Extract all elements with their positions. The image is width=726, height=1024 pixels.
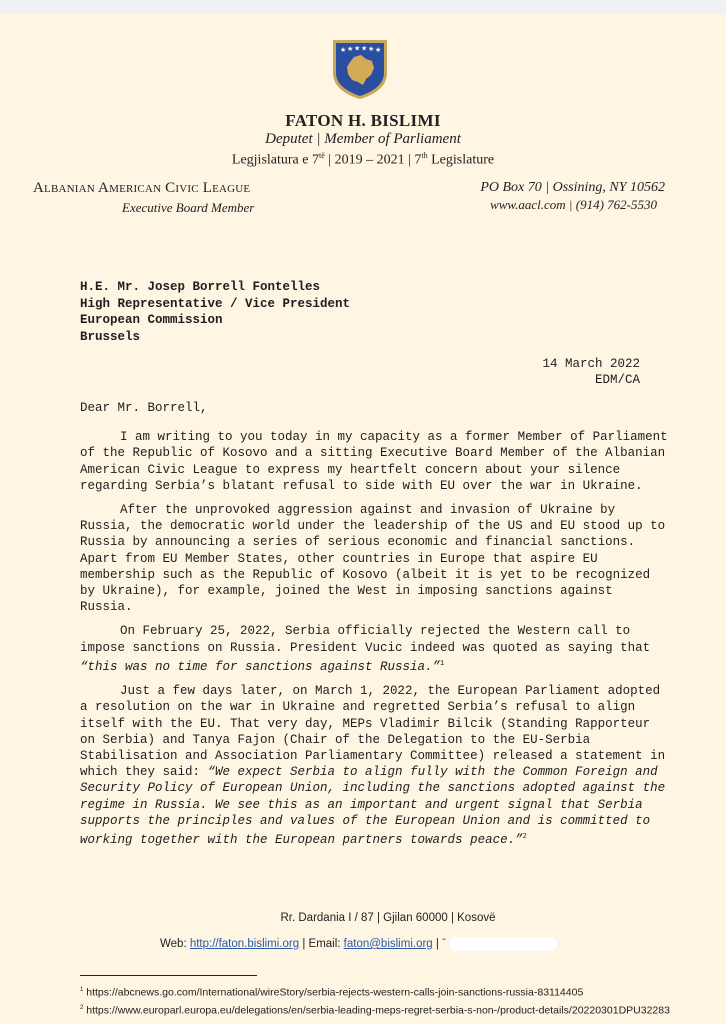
recipient-block: H.E. Mr. Josep Borrell Fontelles High Re… bbox=[80, 279, 350, 345]
svg-text:★: ★ bbox=[361, 45, 367, 53]
email-link[interactable]: faton@bislimi.org bbox=[344, 938, 433, 950]
organization-name: Albanian American Civic League bbox=[33, 180, 250, 197]
organization-contact: www.aacl.com | (914) 762-5530 bbox=[490, 197, 657, 213]
letter-reference: EDM/CA bbox=[542, 372, 640, 388]
footnote-ref-2[interactable]: 2 bbox=[523, 833, 527, 841]
footnote-1-url[interactable]: https://abcnews.go.com/International/wir… bbox=[83, 987, 583, 999]
footnotes: 1 https://abcnews.go.com/International/w… bbox=[80, 983, 680, 1018]
organization-address: PO Box 70 | Ossining, NY 10562 bbox=[480, 180, 665, 196]
footnote-divider bbox=[80, 975, 257, 976]
website-link[interactable]: http://faton.bislimi.org bbox=[190, 938, 299, 950]
sender-name: FATON H. BISLIMI bbox=[0, 111, 726, 131]
svg-text:★: ★ bbox=[375, 46, 381, 54]
recipient-institution: European Commission bbox=[80, 312, 350, 329]
kosovo-coat-of-arms-icon: ★ ★ ★ ★ ★ ★ bbox=[330, 37, 390, 101]
svg-text:★: ★ bbox=[340, 46, 346, 54]
legislature-line: Legjislatura e 7të | 2019 – 2021 | 7th L… bbox=[0, 151, 726, 169]
letter-date: 14 March 2022 bbox=[542, 356, 640, 372]
vucic-quote: “this was no time for sanctions against … bbox=[80, 660, 440, 674]
svg-text:★: ★ bbox=[347, 45, 353, 53]
footnote-1: 1 https://abcnews.go.com/International/w… bbox=[80, 983, 680, 1001]
footer-address: Rr. Dardania I / 87 | Gjilan 60000 | Kos… bbox=[0, 912, 726, 924]
footnote-2-url[interactable]: https://www.europarl.europa.eu/delegatio… bbox=[83, 1004, 670, 1016]
svg-text:★: ★ bbox=[368, 45, 374, 53]
footnote-ref-1[interactable]: 1 bbox=[440, 660, 444, 668]
sender-role: Deputet | Member of Parliament bbox=[0, 131, 726, 148]
paragraph-1: I am writing to you today in my capacity… bbox=[80, 429, 670, 494]
paragraph-3: On February 25, 2022, Serbia officially … bbox=[80, 623, 670, 675]
paragraph-2: After the unprovoked aggression against … bbox=[80, 502, 670, 615]
paragraph-4: Just a few days later, on March 1, 2022,… bbox=[80, 683, 670, 848]
letter-body: Dear Mr. Borrell, I am writing to you to… bbox=[80, 400, 670, 856]
organization-role: Executive Board Member bbox=[122, 200, 254, 216]
recipient-title: High Representative / Vice President bbox=[80, 296, 350, 313]
viewer-top-bar bbox=[0, 0, 726, 14]
footnote-2: 2 https://www.europarl.europa.eu/delegat… bbox=[80, 1001, 680, 1019]
footer-contact: Web: http://faton.bislimi.org | Email: f… bbox=[160, 937, 557, 951]
salutation: Dear Mr. Borrell, bbox=[80, 400, 670, 416]
recipient-name: H.E. Mr. Josep Borrell Fontelles bbox=[80, 279, 350, 296]
date-block: 14 March 2022 EDM/CA bbox=[542, 356, 640, 388]
recipient-city: Brussels bbox=[80, 329, 350, 346]
redacted-phone bbox=[450, 937, 557, 951]
svg-text:★: ★ bbox=[354, 45, 360, 53]
